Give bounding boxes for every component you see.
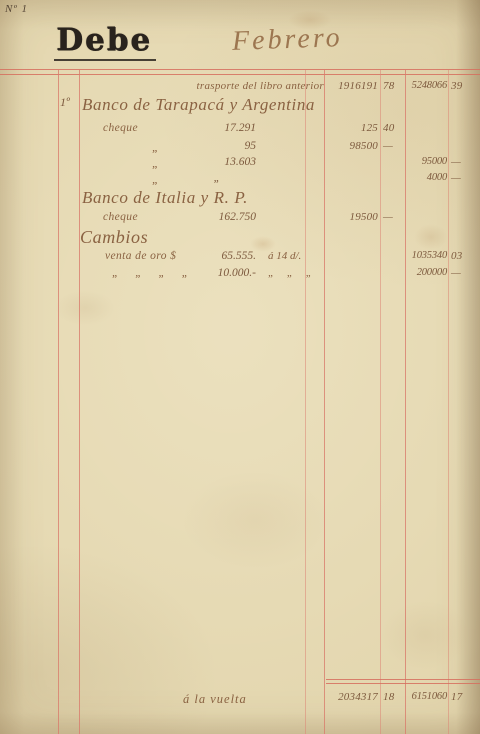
ledger-row: „ „ „ „ 10.000.- „ „ „ 200000 —: [0, 267, 480, 287]
amount-col2: 95000: [403, 156, 447, 167]
paper-stain: [55, 290, 115, 326]
header-rule-top: [0, 69, 480, 70]
amount-col2-cents: —: [451, 156, 475, 168]
entry-day: 1º: [60, 95, 78, 110]
entry-reference-number: 10.000.-: [150, 267, 256, 279]
amount-col2-cents: —: [451, 267, 475, 279]
header-debit-label: Debe: [54, 22, 156, 61]
amount-col2: 5248066: [403, 80, 447, 91]
amount-col1-cents: 40: [383, 122, 403, 134]
ditto-mark-number: „: [150, 172, 220, 184]
ledger-row-account-title: 1º Banco de Tarapacá y Argentina: [0, 95, 480, 115]
amount-col2-cents: 39: [451, 80, 475, 92]
entry-description: cheque: [103, 211, 138, 223]
amount-col1-cents: —: [383, 140, 403, 152]
totals-rule-top: [326, 679, 480, 680]
ledger-page: Nº 1 Debe Febrero trasporte del libro an…: [0, 0, 480, 734]
ledger-totals-row: 2034317 18 6151060 17: [0, 691, 480, 711]
amount-col2-cents: 03: [451, 250, 475, 262]
total-col2: 6151060: [403, 691, 447, 702]
entry-reference-number: 162.750: [150, 211, 256, 223]
paper-stain: [380, 600, 470, 670]
page-number: Nº 1: [5, 3, 28, 15]
amount-col1-cents: —: [383, 211, 403, 223]
total-col1-cents: 18: [383, 691, 403, 703]
amount-col2: 1035340: [403, 250, 447, 261]
entry-reference-number: 13.603: [150, 156, 256, 168]
amount-col1-cents: 78: [383, 80, 403, 92]
account-title: Banco de Italia y R. P.: [82, 188, 248, 208]
entry-reference-number: 95: [150, 140, 256, 152]
amount-col2-cents: —: [451, 172, 475, 184]
account-title: Cambios: [80, 227, 148, 248]
entry-description: trasporte del libro anterior: [120, 80, 324, 92]
header-rule-bottom: [0, 74, 480, 75]
entry-description: cheque: [103, 122, 138, 134]
total-col1: 2034317: [322, 691, 378, 703]
ditto-marks: „ „ „: [268, 267, 312, 279]
totals-rule-bottom: [326, 683, 480, 684]
amount-col1: 125: [322, 122, 378, 134]
entry-reference-number: 17.291: [150, 122, 256, 134]
amount-col1: 98500: [322, 140, 378, 152]
account-title: Banco de Tarapacá y Argentina: [82, 95, 315, 115]
header-month: Febrero: [231, 22, 343, 58]
ledger-row: cheque 17.291 125 40: [0, 122, 480, 142]
ledger-row-account-title: Banco de Italia y R. P.: [0, 188, 480, 208]
amount-col2: 200000: [403, 267, 447, 278]
amount-col2: 4000: [403, 172, 447, 183]
amount-col1: 1916191: [322, 80, 378, 92]
entry-reference-number: 65.555.: [150, 250, 256, 262]
amount-col1: 19500: [322, 211, 378, 223]
entry-rate-note: á 14 d/.: [268, 250, 301, 262]
paper-stain: [180, 470, 330, 570]
total-col2-cents: 17: [451, 691, 475, 703]
ledger-row-account-title: Cambios: [0, 227, 480, 247]
